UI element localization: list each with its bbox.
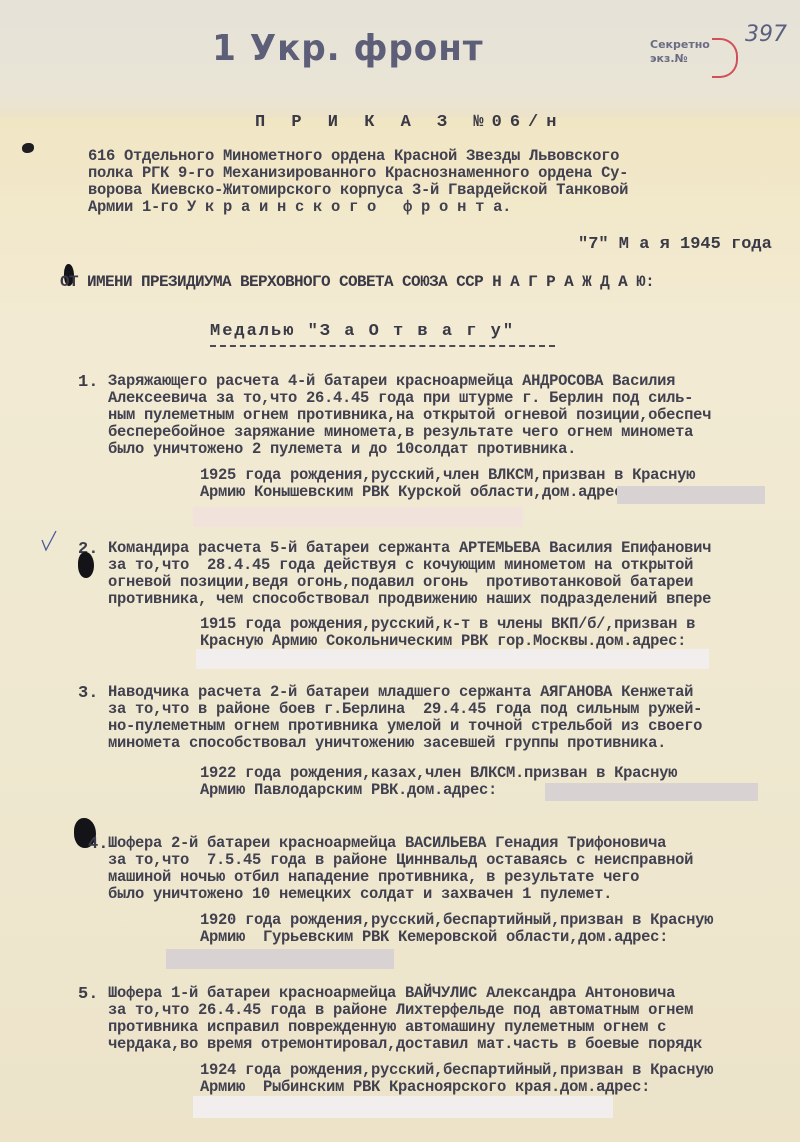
entry-line: за то,что 7.5.45 года в районе Циннвальд… [108,852,693,869]
redacted-address [545,783,758,801]
entry-line: но-пулеметным огнем противника умелой и … [108,718,702,735]
entry-line: огневой позиции,ведя огонь,подавил огонь… [108,574,693,591]
entry-bio: Армию Рыбинским РВК Красноярского края.д… [200,1079,650,1096]
decree-heading: ОТ ИМЕНИ ПРЕЗИДИУМА ВЕРХОВНОГО СОВЕТА СО… [60,273,654,291]
entry-line: Наводчика расчета 2-й батареи младшего с… [108,684,693,701]
entry-line: противника, чем способствовал продвижени… [108,591,711,608]
redacted-address [617,486,765,504]
entry-bio: 1915 года рождения,русский,к-т в члены В… [200,616,695,633]
redacted-address [196,649,709,669]
entry-bio: Армию Конышевским РВК Курской области,до… [200,484,632,501]
redacted-address [166,949,394,969]
unit-line: 616 Отдельного Минометного ордена Красно… [88,148,619,165]
entry-line: миномета способствовал уничтожению засев… [108,735,666,752]
entry-bio: Красную Армию Сокольническим РВК гор.Мос… [200,633,686,650]
entry-bio: Армию Павлодарским РВК.дом.адрес: [200,782,497,799]
unit-line: полка РГК 9-го Механизированного Красноз… [88,165,628,182]
secret-stamp: Секретно экз.№ [650,38,730,82]
entry-line: было уничтожено 2 пулемета и до 10солдат… [108,441,576,458]
entry-bio: Армию Гурьевским РВК Кемеровской области… [200,929,668,946]
unit-line: Армии 1-го У к р а и н с к о г о ф р о н… [88,199,511,216]
entry-line: было уничтожено 10 немецких солдат и зах… [108,886,612,903]
entry-line: Шофера 2-й батареи красноармейца ВАСИЛЬЕ… [108,835,666,852]
entry-line: ным пулеметным огнем противника,на откры… [108,407,711,424]
punch-hole-icon [22,143,34,153]
entry-number: 1. [78,373,98,392]
entry-line: бесперебойное заряжание миномета,в резул… [108,424,693,441]
entry-number: 3. [78,684,98,703]
order-title: П Р И К А З №06/н [255,113,564,132]
entry-number: 4. [88,835,108,854]
entry-line: Командира расчета 5-й батареи сержанта А… [108,540,711,557]
entry-bio: 1920 года рождения,русский,беспартийный,… [200,912,713,929]
order-date: "7" М а я 1945 года [578,235,772,254]
check-mark-icon [40,530,58,552]
ink-blot-icon [78,552,94,578]
medal-name: Медалью "З а О т в а г у" [210,322,515,341]
medal-underline [210,345,555,347]
front-stamp: 1 Укр. фронт [212,28,483,69]
entry-line: Заряжающего расчета 4-й батареи красноар… [108,373,675,390]
entry-line: за то,что 26.4.45 года в районе Лихтерфе… [108,1002,693,1019]
entry-line: за то,что в районе боев г.Берлина 29.4.4… [108,701,702,718]
entry-bio: 1922 года рождения,казах,член ВЛКСМ.приз… [200,765,677,782]
entry-line: противника исправил поврежденную автомаш… [108,1019,666,1036]
entry-line: чердака,во время отремонтировал,доставил… [108,1036,702,1053]
redacted-address [193,507,523,527]
entry-line: машиной ночью отбил нападение противника… [108,869,639,886]
entry-number: 5. [78,985,98,1004]
unit-line: ворова Киевско-Житомирского корпуса 3-й … [88,182,628,199]
page-number: 397 [745,22,787,47]
entry-bio: 1924 года рождения,русский,беспартийный,… [200,1062,713,1079]
entry-line: Шофера 1-й батареи красноармейца ВАЙЧУЛИ… [108,985,675,1002]
entry-line: Алексеевича за то,что 26.4.45 года при ш… [108,390,693,407]
entry-line: за то,что 28.4.45 года действуя с кочующ… [108,557,693,574]
redacted-address [193,1096,613,1118]
entry-bio: 1925 года рождения,русский,член ВЛКСМ,пр… [200,467,695,484]
